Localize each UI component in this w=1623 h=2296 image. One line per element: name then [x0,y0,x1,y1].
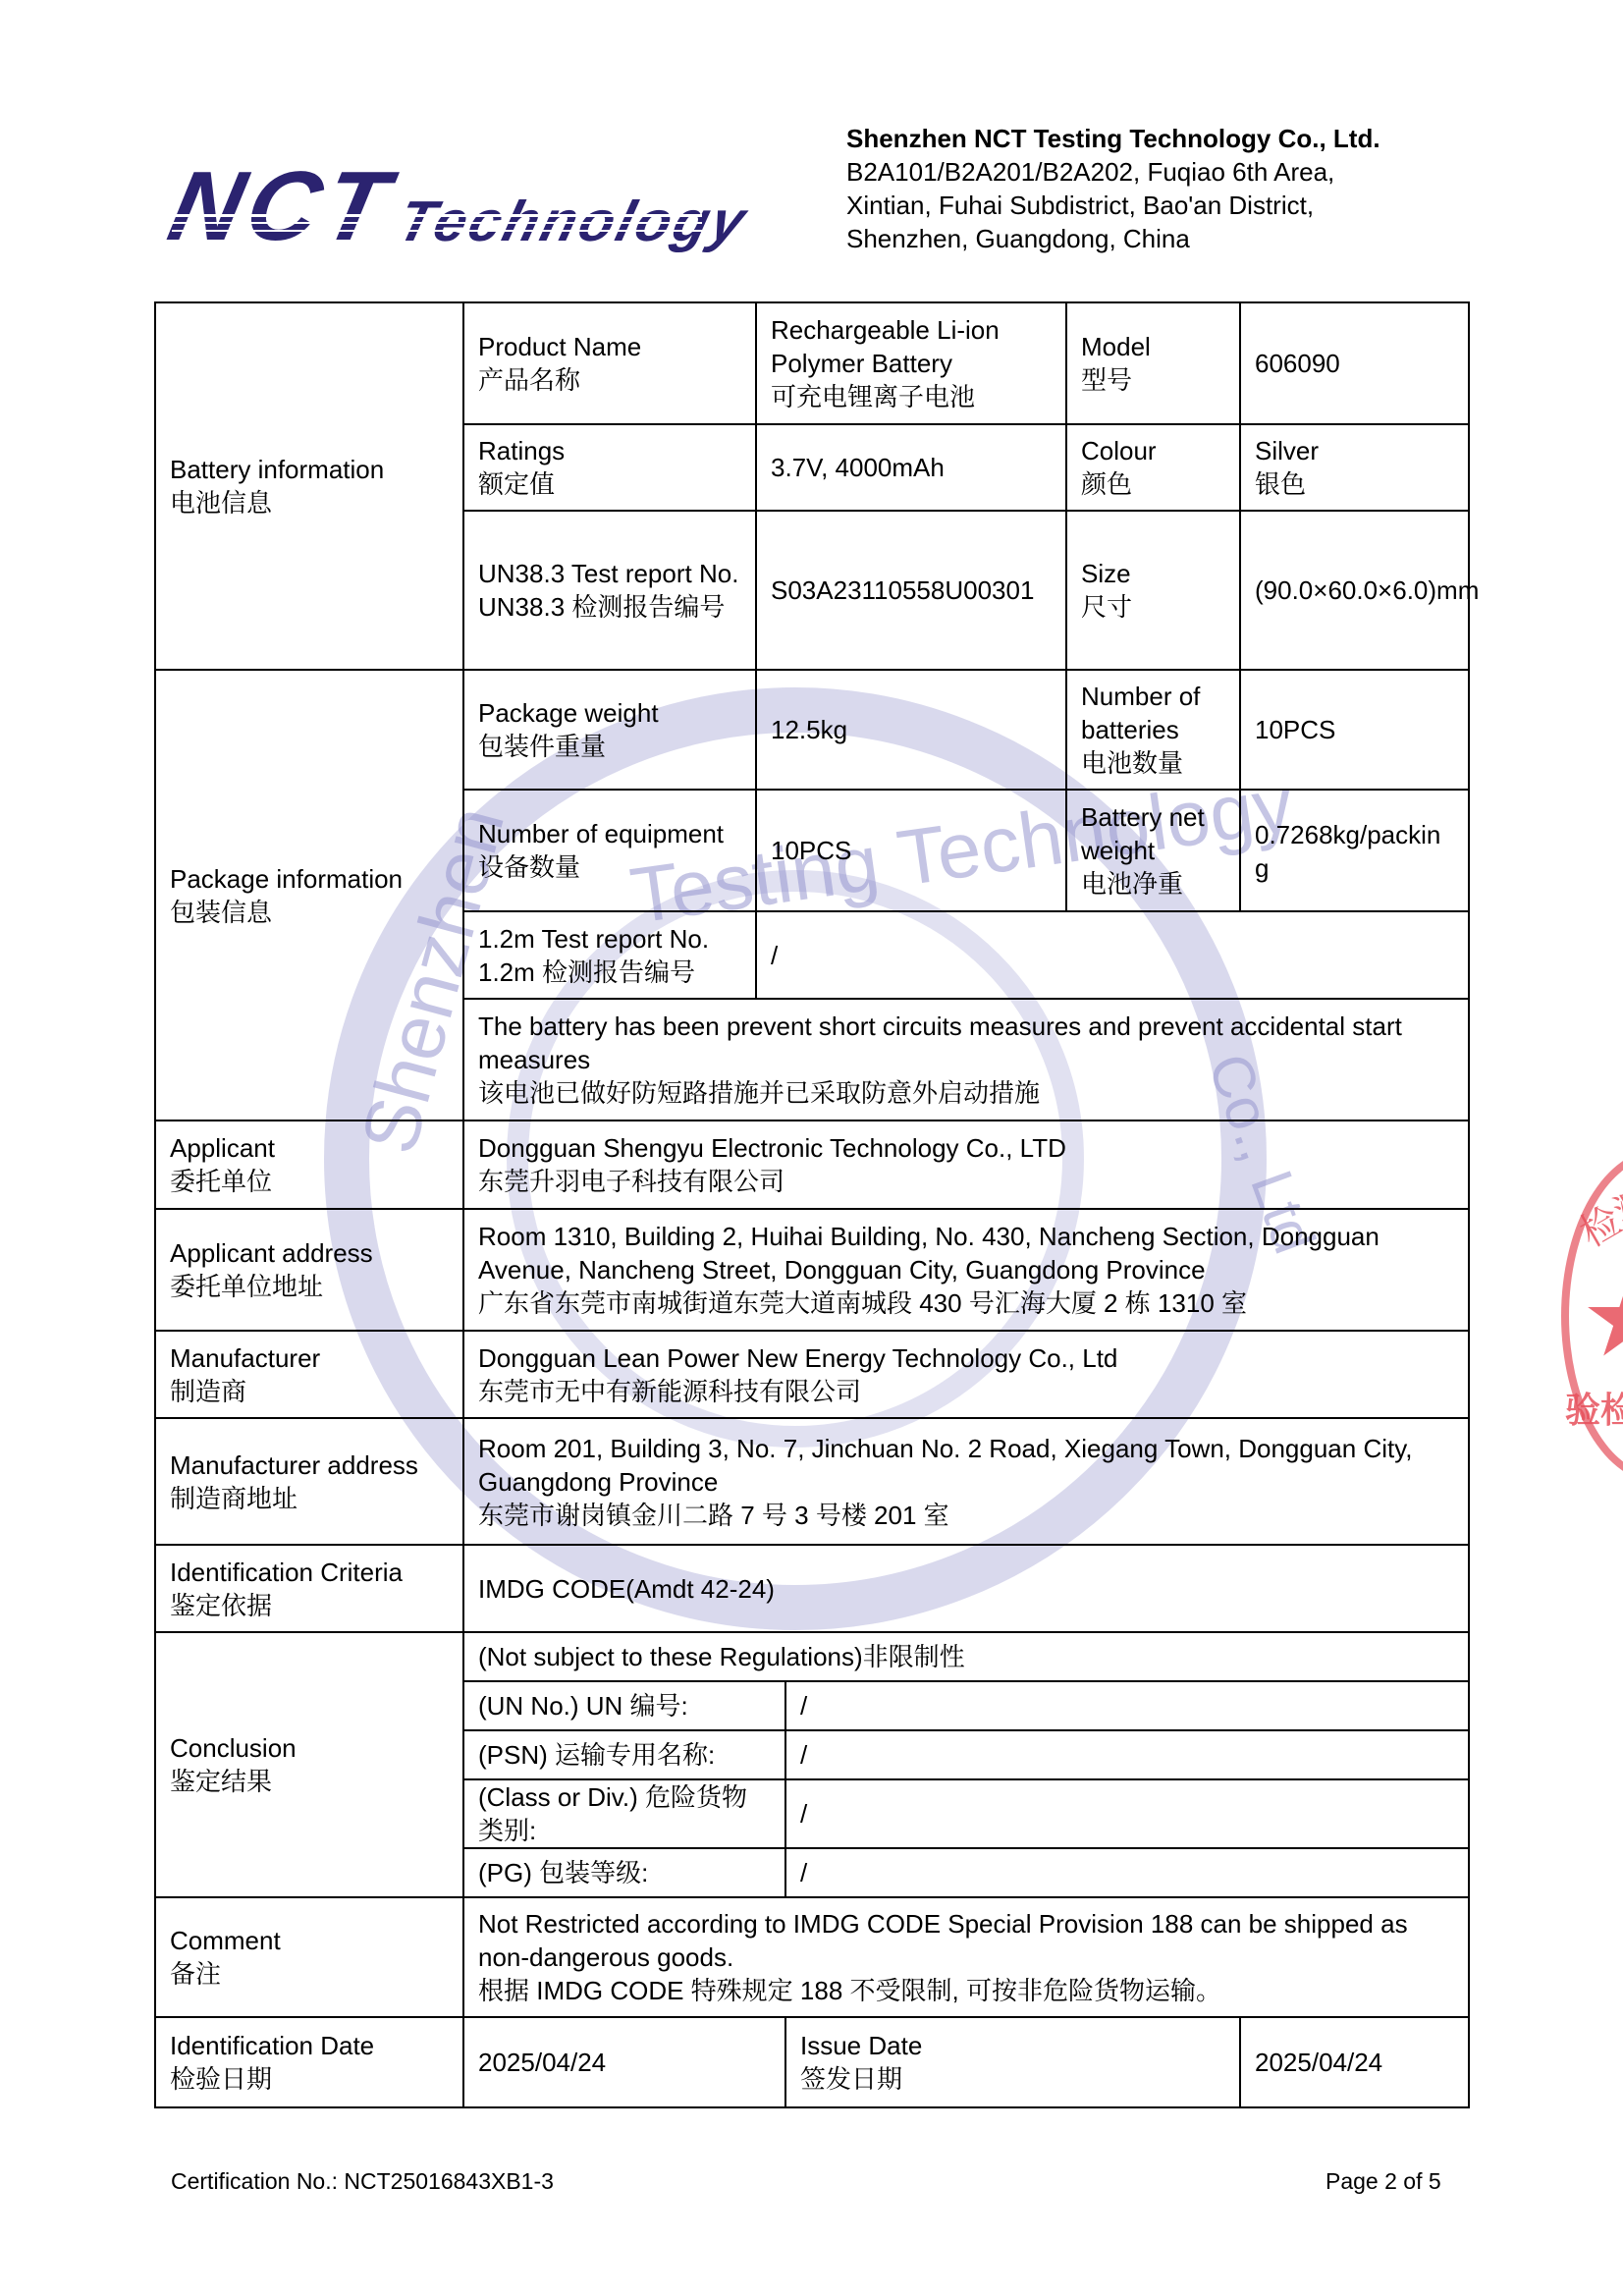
model-label: Model型号 [1066,302,1240,424]
table-row: Comment备注 Not Restricted according to IM… [155,1897,1469,2017]
pg-label: (PG) 包装等级: [463,1848,785,1897]
package-note: The battery has been prevent short circu… [463,999,1469,1121]
size-value: (90.0×60.0×6.0)mm [1240,511,1469,670]
package-weight-value: 12.5kg [756,670,1066,790]
num-equipment-value: 10PCS [756,790,1066,911]
conclusion-label: Conclusion鉴定结果 [155,1632,463,1897]
num-equipment-label: Number of equipment设备数量 [463,790,756,911]
table-row: Manufacturer制造商 Dongguan Lean Power New … [155,1331,1469,1418]
star-icon: ★ [1581,1265,1623,1373]
comment-value: Not Restricted according to IMDG CODE Sp… [463,1897,1469,2017]
company-logo: NCT Technology [172,157,702,265]
un-report-label: UN38.3 Test report No.UN38.3 检测报告编号 [463,511,756,670]
net-weight-label: Battery net weight电池净重 [1066,790,1240,911]
manufacturer-value: Dongguan Lean Power New Energy Technolog… [463,1331,1469,1418]
drop-report-value: / [756,911,1469,999]
issue-date-value: 2025/04/24 [1240,2017,1469,2107]
class-label: (Class or Div.) 危险货物类别: [463,1779,785,1848]
applicant-value: Dongguan Shengyu Electronic Technology C… [463,1121,1469,1209]
num-batteries-label: Number of batteries电池数量 [1066,670,1240,790]
net-weight-value: 0.7268kg/packing [1240,790,1469,911]
company-address-line: Xintian, Fuhai Subdistrict, Bao'an Distr… [846,189,1380,222]
issue-date-label: Issue Date签发日期 [785,2017,1240,2107]
red-stamp: 检测 ★ 验检测 [1561,1149,1623,1483]
table-row: Applicant address委托单位地址 Room 1310, Build… [155,1209,1469,1331]
un-number-label: (UN No.) UN 编号: [463,1681,785,1730]
table-row: Conclusion鉴定结果 (Not subject to these Reg… [155,1632,1469,1681]
criteria-value: IMDG CODE(Amdt 42-24) [463,1545,1469,1632]
table-row: Package information包装信息 Package weight包装… [155,670,1469,790]
applicant-label: Applicant委托单位 [155,1121,463,1209]
manufacturer-address-value: Room 201, Building 3, No. 7, Jinchuan No… [463,1418,1469,1545]
product-name-value: Rechargeable Li-ion Polymer Battery可充电锂离… [756,302,1066,424]
stamp-bottom-text: 验检测 [1565,1383,1623,1433]
manufacturer-label: Manufacturer制造商 [155,1331,463,1418]
un-number-value: / [785,1681,1469,1730]
pg-value: / [785,1848,1469,1897]
psn-value: / [785,1730,1469,1779]
comment-label: Comment备注 [155,1897,463,2017]
manufacturer-address-label: Manufacturer address制造商地址 [155,1418,463,1545]
identification-date-label: Identification Date检验日期 [155,2017,463,2107]
logo-stripes [172,157,702,265]
drop-report-label: 1.2m Test report No.1.2m 检测报告编号 [463,911,756,999]
size-label: Size尺寸 [1066,511,1240,670]
identification-date-value: 2025/04/24 [463,2017,785,2107]
page-number: Page 2 of 5 [1325,2168,1441,2195]
colour-value: Silver银色 [1240,424,1469,511]
product-name-label: Product Name产品名称 [463,302,756,424]
package-weight-label: Package weight包装件重量 [463,670,756,790]
psn-label: (PSN) 运输专用名称: [463,1730,785,1779]
table-row: Battery information电池信息 Product Name产品名称… [155,302,1469,424]
ratings-value: 3.7V, 4000mAh [756,424,1066,511]
table-row: Applicant委托单位 Dongguan Shengyu Electroni… [155,1121,1469,1209]
table-row: Identification Date检验日期 2025/04/24 Issue… [155,2017,1469,2107]
table-row: Identification Criteria鉴定依据 IMDG CODE(Am… [155,1545,1469,1632]
model-value: 606090 [1240,302,1469,424]
criteria-label: Identification Criteria鉴定依据 [155,1545,463,1632]
table-row: Manufacturer address制造商地址 Room 201, Buil… [155,1418,1469,1545]
colour-label: Colour颜色 [1066,424,1240,511]
un-report-value: S03A23110558U00301 [756,511,1066,670]
stamp-top-text: 检测 [1568,1171,1623,1258]
package-info-heading: Package information包装信息 [155,670,463,1121]
applicant-address-label: Applicant address委托单位地址 [155,1209,463,1331]
company-info: Shenzhen NCT Testing Technology Co., Ltd… [846,122,1380,255]
battery-info-heading: Battery information电池信息 [155,302,463,670]
company-address-line: B2A101/B2A201/B2A202, Fuqiao 6th Area, [846,155,1380,189]
applicant-address-value: Room 1310, Building 2, Huihai Building, … [463,1209,1469,1331]
certification-number: Certification No.: NCT25016843XB1-3 [171,2168,554,2195]
class-value: / [785,1779,1469,1848]
conclusion-headline: (Not subject to these Regulations)非限制性 [463,1632,1469,1681]
company-name: Shenzhen NCT Testing Technology Co., Ltd… [846,122,1380,155]
ratings-label: Ratings额定值 [463,424,756,511]
num-batteries-value: 10PCS [1240,670,1469,790]
company-address-line: Shenzhen, Guangdong, China [846,222,1380,255]
report-table: Battery information电池信息 Product Name产品名称… [154,301,1470,2108]
